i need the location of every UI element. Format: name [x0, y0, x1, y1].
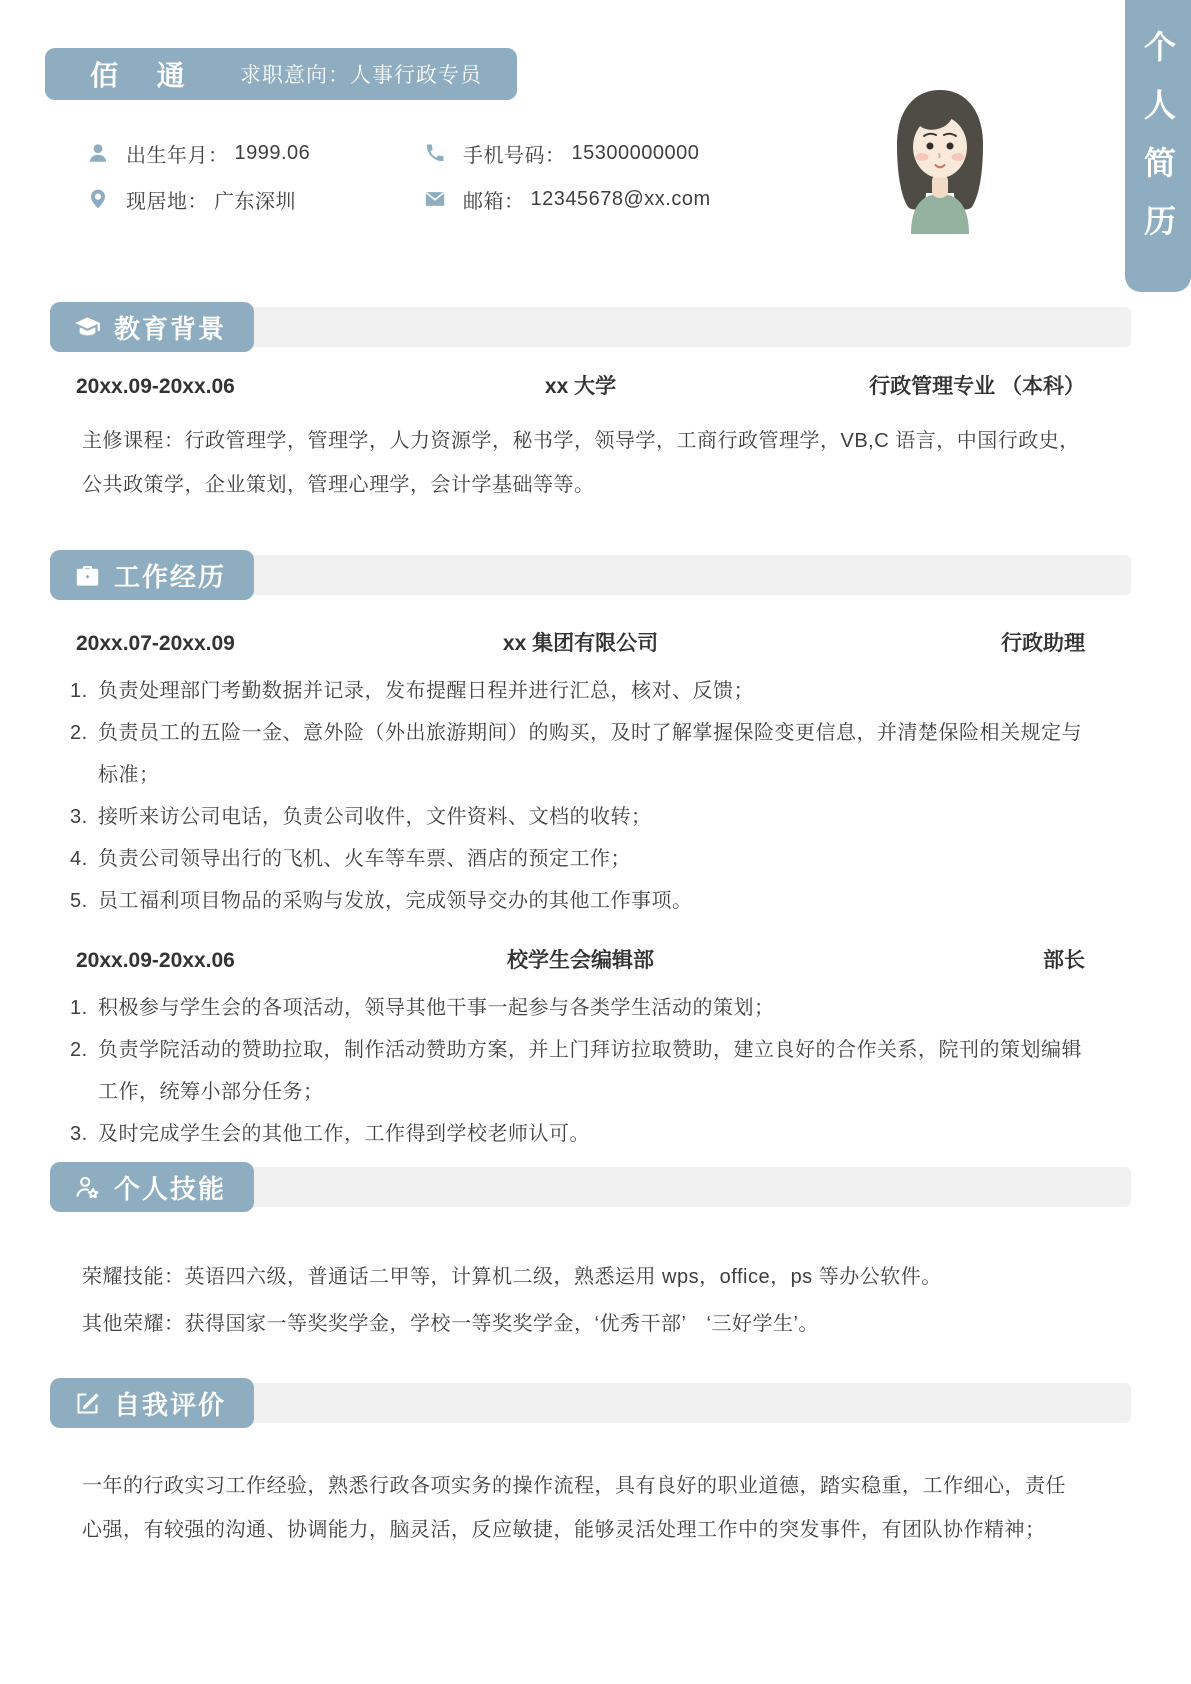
job-role: 部长 [1043, 944, 1085, 974]
education-header: 教育背景 [50, 302, 1131, 352]
user-star-icon [74, 1174, 101, 1201]
candidate-name: 佰 通 [90, 54, 200, 94]
side-tab: 个人简历 [1125, 0, 1191, 292]
job-period: 20xx.09-20xx.06 [76, 949, 235, 973]
edu-courses: 主修课程：行政管理学，管理学，人力资源学，秘书学，领导学，工商行政管理学，VB,… [50, 419, 1131, 507]
contact-phone: 手机号码： 15300000000 [423, 138, 711, 168]
education-row: 20xx.09-20xx.06 xx 大学 行政管理专业 （本科） [50, 370, 1131, 400]
edu-major: 行政管理专业 （本科） [869, 370, 1085, 400]
section-title: 自我评价 [114, 1385, 226, 1422]
section-title: 工作经历 [114, 557, 226, 594]
skills-line-2: 其他荣耀：获得国家一等奖奖学金，学校一等奖奖学金，‘优秀干部’ ‘三好学生’。 [50, 1301, 1131, 1348]
job-2: 20xx.09-20xx.06 校学生会编辑部 部长 积极参与学生会的各项活动，… [50, 944, 1131, 1155]
edu-school: xx 大学 [545, 370, 616, 400]
job-org: 校学生会编辑部 [507, 944, 654, 974]
resume-page: 佰 通 求职意向：人事行政专员 出生年月： 1999.06 手机号码： 1530… [0, 0, 1191, 1684]
section-skills: 个人技能 荣耀技能：英语四六级，普通话二甲等，计算机二级，熟悉运用 wps，of… [50, 1162, 1131, 1348]
self-evaluation-text: 一年的行政实习工作经验，熟悉行政各项实务的操作流程，具有良好的职业道德，踏实稳重… [50, 1464, 1131, 1552]
contact-value: 广东深圳 [214, 185, 296, 214]
job-org: xx 集团有限公司 [503, 627, 658, 657]
job-duties: 积极参与学生会的各项活动，领导其他干事一起参与各类学生活动的策划； 负责学院活动… [78, 987, 1085, 1155]
job-row: 20xx.09-20xx.06 校学生会编辑部 部长 [50, 944, 1131, 974]
duty-item: 及时完成学生会的其他工作，工作得到学校老师认可。 [78, 1113, 1085, 1155]
contact-email: 邮箱： 12345678@xx.com [423, 184, 711, 214]
person-icon [86, 141, 110, 165]
duty-item: 负责员工的五险一金、意外险（外出旅游期间）的购买，及时了解掌握保险变更信息，并清… [78, 712, 1085, 796]
eye-right [947, 143, 954, 150]
contact-value: 15300000000 [572, 142, 700, 165]
duty-item: 积极参与学生会的各项活动，领导其他干事一起参与各类学生活动的策划； [78, 987, 1085, 1029]
contact-info: 出生年月： 1999.06 手机号码： 15300000000 现居地： 广东深… [86, 138, 711, 214]
briefcase-icon [74, 562, 101, 589]
contact-label: 现居地： [126, 185, 208, 214]
contact-birth: 出生年月： 1999.06 [86, 138, 423, 168]
blush-right [952, 153, 965, 161]
self-evaluation-badge: 自我评价 [50, 1378, 254, 1428]
work-badge: 工作经历 [50, 550, 254, 600]
duty-item: 负责公司领导出行的飞机、火车等车票、酒店的预定工作； [78, 838, 1085, 880]
skills-line-1: 荣耀技能：英语四六级，普通话二甲等，计算机二级，熟悉运用 wps，office，… [50, 1254, 1131, 1301]
location-icon [86, 187, 110, 211]
contact-label: 出生年月： [126, 139, 229, 168]
duty-item: 负责学院活动的赞助拉取，制作活动赞助方案，并上门拜访拉取赞助，建立良好的合作关系… [78, 1029, 1085, 1113]
section-title: 教育背景 [114, 309, 226, 346]
contact-label: 邮箱： [463, 185, 525, 214]
eye-left [927, 143, 934, 150]
section-title: 个人技能 [114, 1169, 226, 1206]
job-1: 20xx.07-20xx.09 xx 集团有限公司 行政助理 负责处理部门考勤数… [50, 627, 1131, 922]
graduation-cap-icon [74, 314, 101, 341]
section-education: 教育背景 20xx.09-20xx.06 xx 大学 行政管理专业 （本科） 主… [50, 302, 1131, 507]
blush-left [916, 153, 929, 161]
avatar [881, 73, 999, 235]
edu-period: 20xx.09-20xx.06 [76, 375, 235, 399]
job-role: 行政助理 [1001, 627, 1085, 657]
skills-header: 个人技能 [50, 1162, 1131, 1212]
job-row: 20xx.07-20xx.09 xx 集团有限公司 行政助理 [50, 627, 1131, 657]
section-self-evaluation: 自我评价 一年的行政实习工作经验，熟悉行政各项实务的操作流程，具有良好的职业道德… [50, 1378, 1131, 1552]
side-tab-label: 个人简历 [1142, 30, 1174, 292]
contact-label: 手机号码： [463, 139, 566, 168]
contact-residence: 现居地： 广东深圳 [86, 184, 423, 214]
phone-icon [423, 141, 447, 165]
nose [939, 154, 940, 158]
duty-item: 员工福利项目物品的采购与发放，完成领导交办的其他工作事项。 [78, 880, 1085, 922]
self-evaluation-header: 自我评价 [50, 1378, 1131, 1428]
job-duties: 负责处理部门考勤数据并记录，发布提醒日程并进行汇总，核对、反馈； 负责员工的五险… [78, 670, 1085, 922]
section-work: 工作经历 20xx.07-20xx.09 xx 集团有限公司 行政助理 负责处理… [50, 550, 1131, 1155]
duty-item: 接听来访公司电话，负责公司收件，文件资料、文档的收转； [78, 796, 1085, 838]
duty-item: 负责处理部门考勤数据并记录，发布提醒日程并进行汇总，核对、反馈； [78, 670, 1085, 712]
job-period: 20xx.07-20xx.09 [76, 632, 235, 656]
mail-icon [423, 187, 447, 211]
contact-value: 1999.06 [235, 142, 311, 165]
header-title-bar: 佰 通 求职意向：人事行政专员 [45, 48, 517, 100]
education-badge: 教育背景 [50, 302, 254, 352]
edit-pencil-icon [74, 1390, 101, 1417]
work-header: 工作经历 [50, 550, 1131, 600]
job-intent: 求职意向：人事行政专员 [240, 59, 482, 89]
contact-value: 12345678@xx.com [531, 188, 711, 211]
skills-badge: 个人技能 [50, 1162, 254, 1212]
